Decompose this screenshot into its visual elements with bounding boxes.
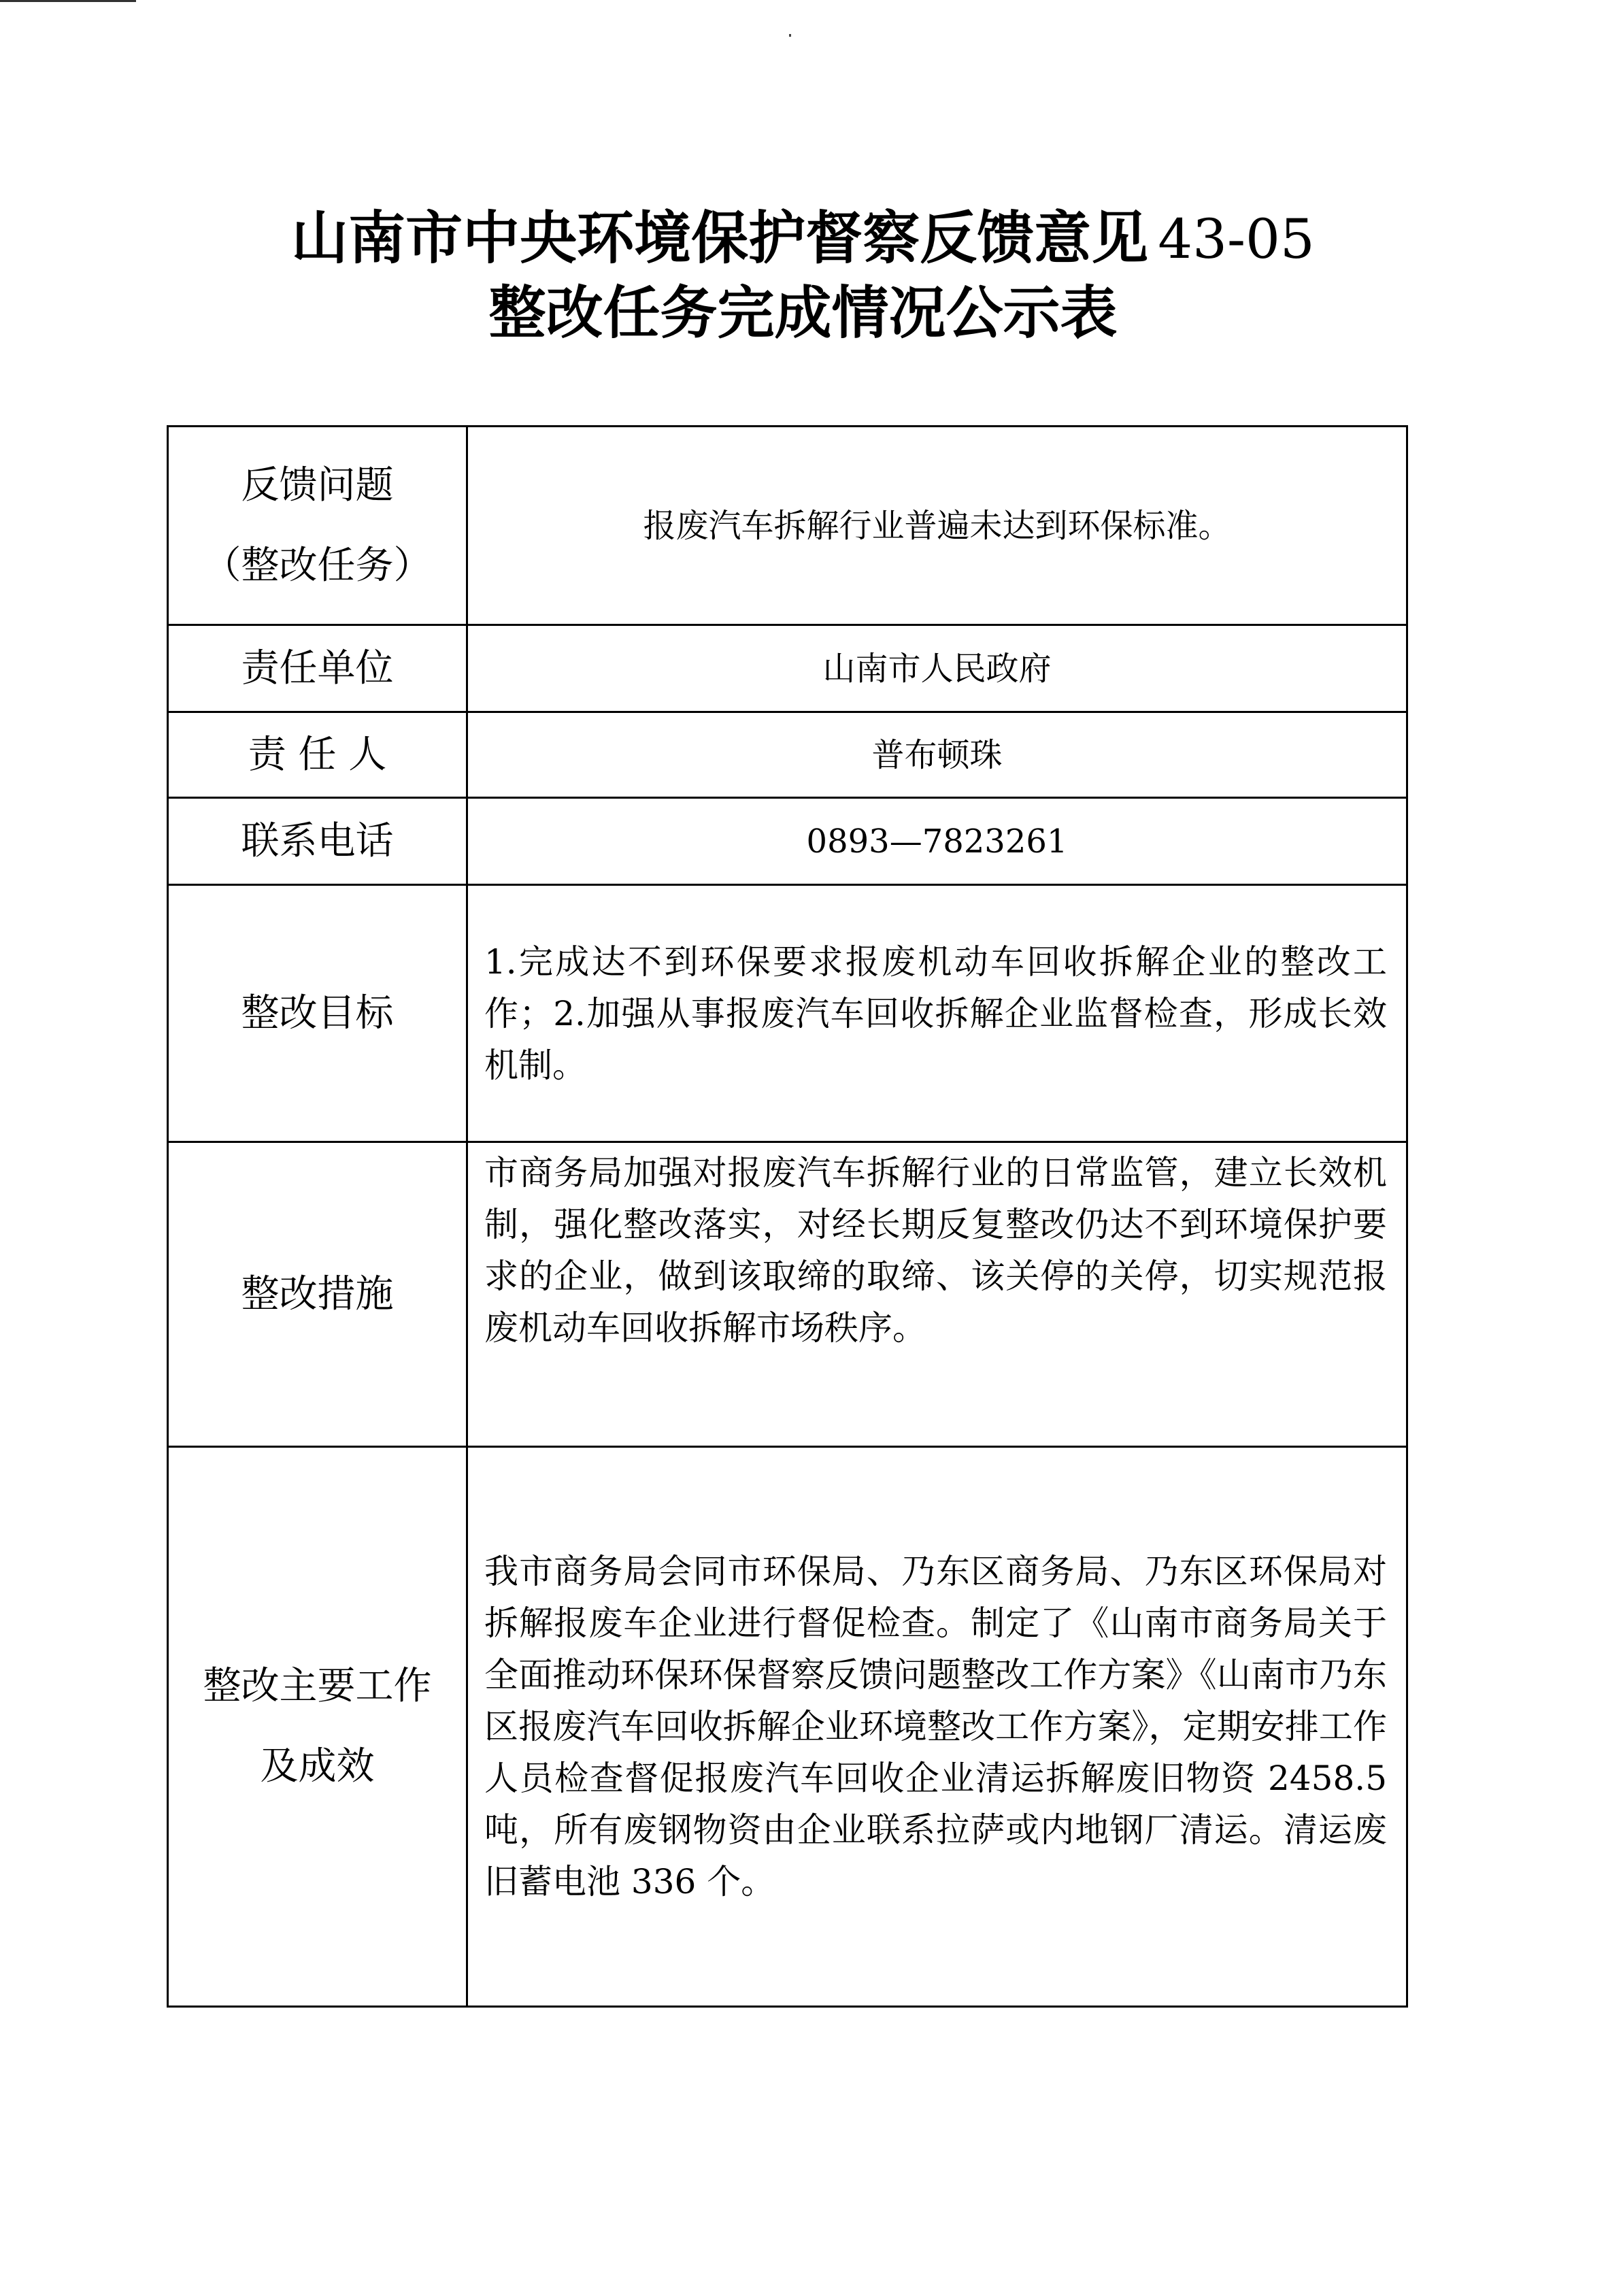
label-responsible-unit: 责任单位 bbox=[168, 625, 467, 712]
label-line: 责任单位 bbox=[169, 629, 466, 709]
label-line: 整改主要工作 bbox=[169, 1646, 466, 1727]
label-line: 整改措施 bbox=[169, 1254, 466, 1335]
table-row-contact-phone: 联系电话 0893—7823261 bbox=[168, 798, 1407, 885]
label-main-work-results: 整改主要工作 及成效 bbox=[168, 1447, 467, 2007]
label-feedback-issue: 反馈问题 （整改任务） bbox=[168, 427, 467, 625]
label-rectification-goal: 整改目标 bbox=[168, 885, 467, 1142]
label-line: 联系电话 bbox=[169, 801, 466, 882]
label-responsible-person: 责 任 人 bbox=[168, 712, 467, 798]
scan-artifact-dot bbox=[789, 34, 791, 37]
value-responsible-unit: 山南市人民政府 bbox=[467, 625, 1407, 712]
value-rectification-measures: 市商务局加强对报废汽车拆解行业的日常监管，建立长效机制，强化整改落实，对经长期反… bbox=[467, 1142, 1407, 1447]
value-responsible-person: 普布顿珠 bbox=[467, 712, 1407, 798]
value-main-work-results: 我市商务局会同市环保局、乃东区商务局、乃东区环保局对拆解报废车企业进行督促检查。… bbox=[467, 1447, 1407, 2007]
label-line: （整改任务） bbox=[169, 526, 466, 606]
value-rectification-goal: 1.完成达不到环保要求报废机动车回收拆解企业的整改工作；2.加强从事报废汽车回收… bbox=[467, 885, 1407, 1142]
table-row-feedback-issue: 反馈问题 （整改任务） 报废汽车拆解行业普遍未达到环保标准。 bbox=[168, 427, 1407, 625]
scan-artifact-line bbox=[0, 0, 136, 2]
title-number: 43-05 bbox=[1158, 207, 1315, 271]
title-text: 山南市中央环境保护督察反馈意见 bbox=[291, 205, 1148, 271]
table-row-rectification-measures: 整改措施 市商务局加强对报废汽车拆解行业的日常监管，建立长效机制，强化整改落实，… bbox=[168, 1142, 1407, 1447]
table-row-responsible-unit: 责任单位 山南市人民政府 bbox=[168, 625, 1407, 712]
label-line: 整改目标 bbox=[169, 974, 466, 1054]
label-line: 及成效 bbox=[169, 1727, 466, 1807]
table-row-rectification-goal: 整改目标 1.完成达不到环保要求报废机动车回收拆解企业的整改工作；2.加强从事报… bbox=[168, 885, 1407, 1142]
value-contact-phone: 0893—7823261 bbox=[467, 798, 1407, 885]
label-line: 反馈问题 bbox=[169, 446, 466, 526]
document-title-line1: 山南市中央环境保护督察反馈意见43-05 bbox=[0, 204, 1606, 273]
document-title-line2: 整改任务完成情况公示表 bbox=[0, 279, 1606, 347]
table-row-responsible-person: 责 任 人 普布顿珠 bbox=[168, 712, 1407, 798]
label-rectification-measures: 整改措施 bbox=[168, 1142, 467, 1447]
rectification-table: 反馈问题 （整改任务） 报废汽车拆解行业普遍未达到环保标准。 责任单位 山南市人… bbox=[167, 425, 1408, 2008]
table-row-main-work-results: 整改主要工作 及成效 我市商务局会同市环保局、乃东区商务局、乃东区环保局对拆解报… bbox=[168, 1447, 1407, 2007]
label-line: 责 任 人 bbox=[169, 715, 466, 795]
value-feedback-issue: 报废汽车拆解行业普遍未达到环保标准。 bbox=[467, 427, 1407, 625]
label-contact-phone: 联系电话 bbox=[168, 798, 467, 885]
